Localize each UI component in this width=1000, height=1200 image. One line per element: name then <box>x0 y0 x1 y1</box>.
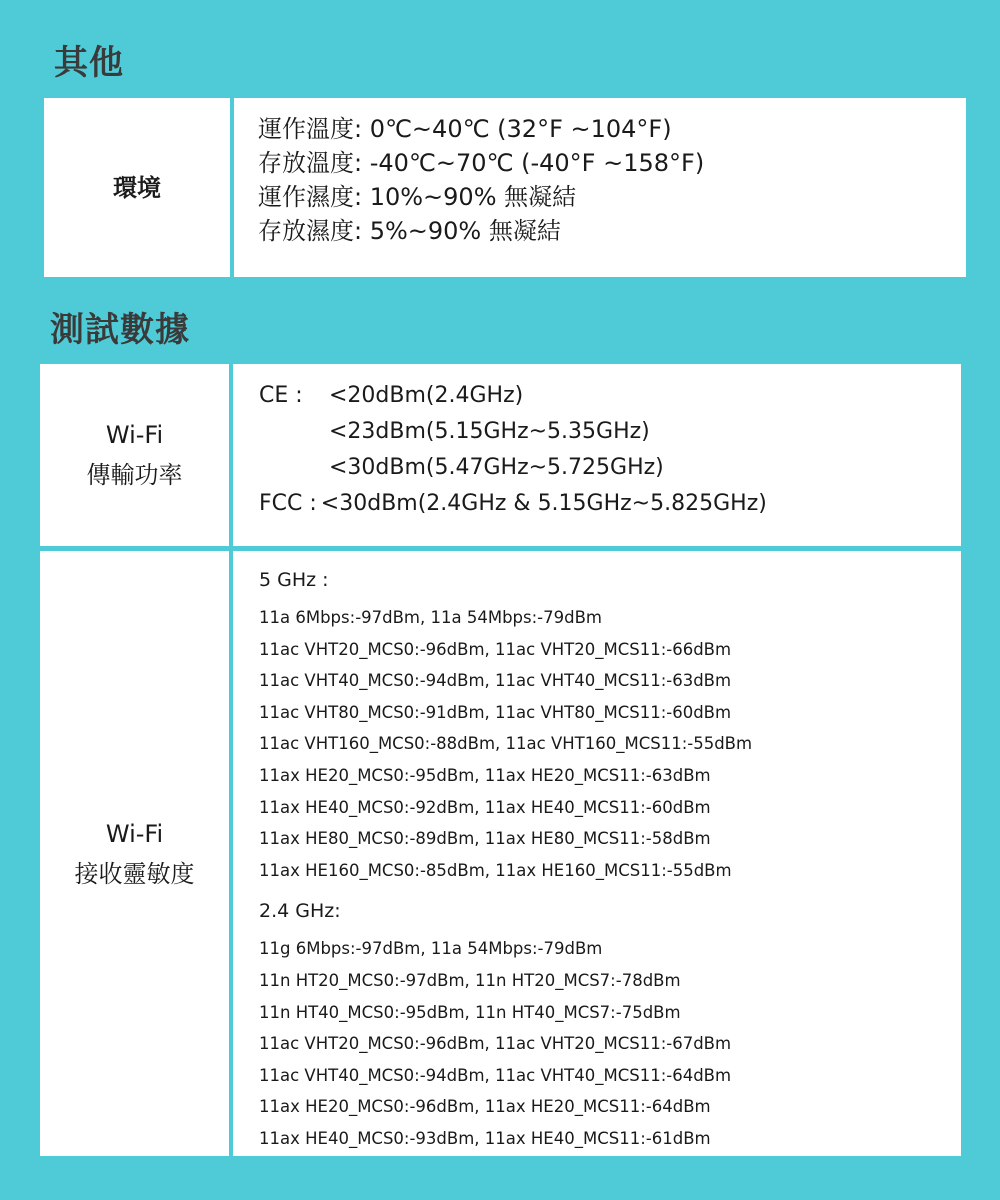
band-2-4ghz: 2.4 GHz: 11g 6Mbps:-97dBm, 11a 54Mbps:-7… <box>259 900 961 1154</box>
tx-power-value: <20dBm(2.4GHz) <box>329 383 523 408</box>
environment-value-cell: 運作溫度: 0℃~40℃ (32°F ~104°F) 存放溫度: -40℃~70… <box>234 98 966 277</box>
tx-power-line: <30dBm(5.47GHz~5.725GHz) <box>259 450 961 486</box>
tx-power-value: <23dBm(5.15GHz~5.35GHz) <box>329 419 650 444</box>
band-heading: 5 GHz : <box>259 569 961 591</box>
sensitivity-line: 11g 6Mbps:-97dBm, 11a 54Mbps:-79dBm <box>259 933 961 965</box>
sensitivity-line: 11ac VHT80_MCS0:-91dBm, 11ac VHT80_MCS11… <box>259 697 961 729</box>
tx-power-line: CE :<20dBm(2.4GHz) <box>259 378 961 414</box>
environment-table: 環境 運作溫度: 0℃~40℃ (32°F ~104°F) 存放溫度: -40℃… <box>44 98 966 277</box>
storage-humidity: 存放濕度: 5%~90% 無凝結 <box>258 214 966 248</box>
band-5ghz: 5 GHz : 11a 6Mbps:-97dBm, 11a 54Mbps:-79… <box>259 569 961 886</box>
sensitivity-line: 11ax HE160_MCS0:-85dBm, 11ax HE160_MCS11… <box>259 855 961 887</box>
sensitivity-line: 11ac VHT160_MCS0:-88dBm, 11ac VHT160_MCS… <box>259 728 961 760</box>
sensitivity-line: 11n HT20_MCS0:-97dBm, 11n HT20_MCS7:-78d… <box>259 965 961 997</box>
environment-label-cell: 環境 <box>44 98 230 277</box>
section-title-other: 其他 <box>54 46 124 80</box>
operating-temperature: 運作溫度: 0℃~40℃ (32°F ~104°F) <box>258 112 966 146</box>
sensitivity-line: 11n HT40_MCS0:-95dBm, 11n HT40_MCS7:-75d… <box>259 997 961 1029</box>
test-data-table: Wi-Fi 傳輸功率 CE :<20dBm(2.4GHz) <23dBm(5.1… <box>40 364 961 1156</box>
sensitivity-line: 11ac VHT20_MCS0:-96dBm, 11ac VHT20_MCS11… <box>259 634 961 666</box>
sensitivity-line: 11ax HE80_MCS0:-89dBm, 11ax HE80_MCS11:-… <box>259 823 961 855</box>
tx-power-value-cell: CE :<20dBm(2.4GHz) <23dBm(5.15GHz~5.35GH… <box>233 364 961 546</box>
storage-temperature: 存放溫度: -40℃~70℃ (-40°F ~158°F) <box>258 146 966 180</box>
rx-sensitivity-label-line2: 接收靈敏度 <box>75 854 195 894</box>
rx-sensitivity-label-line1: Wi-Fi <box>106 814 163 854</box>
tx-power-value: <30dBm(2.4GHz & 5.15GHz~5.825GHz) <box>321 491 767 516</box>
tx-power-line: FCC :<30dBm(2.4GHz & 5.15GHz~5.825GHz) <box>259 486 961 522</box>
tx-power-label-line2: 傳輸功率 <box>87 455 183 495</box>
sensitivity-line: 11ac VHT20_MCS0:-96dBm, 11ac VHT20_MCS11… <box>259 1028 961 1060</box>
tx-power-line: <23dBm(5.15GHz~5.35GHz) <box>259 414 961 450</box>
rx-sensitivity-value-cell: 5 GHz : 11a 6Mbps:-97dBm, 11a 54Mbps:-79… <box>233 551 961 1156</box>
band-heading: 2.4 GHz: <box>259 900 961 922</box>
tx-power-label-cell: Wi-Fi 傳輸功率 <box>40 364 229 546</box>
operating-humidity: 運作濕度: 10%~90% 無凝結 <box>258 180 966 214</box>
sensitivity-line: 11ac VHT40_MCS0:-94dBm, 11ac VHT40_MCS11… <box>259 665 961 697</box>
rx-sensitivity-label-cell: Wi-Fi 接收靈敏度 <box>40 551 229 1156</box>
section-title-test-data: 測試數據 <box>50 313 190 347</box>
sensitivity-line: 11a 6Mbps:-97dBm, 11a 54Mbps:-79dBm <box>259 602 961 634</box>
sensitivity-line: 11ax HE20_MCS0:-95dBm, 11ax HE20_MCS11:-… <box>259 760 961 792</box>
tx-power-key: CE : <box>259 378 329 414</box>
sensitivity-line: 11ax HE40_MCS0:-92dBm, 11ax HE40_MCS11:-… <box>259 792 961 824</box>
sensitivity-line: 11ax HE40_MCS0:-93dBm, 11ax HE40_MCS11:-… <box>259 1123 961 1155</box>
tx-power-value: <30dBm(5.47GHz~5.725GHz) <box>329 455 664 480</box>
tx-power-label-line1: Wi-Fi <box>106 415 163 455</box>
tx-power-key: FCC : <box>259 486 317 522</box>
sensitivity-line: 11ac VHT40_MCS0:-94dBm, 11ac VHT40_MCS11… <box>259 1060 961 1092</box>
environment-label: 環境 <box>113 168 161 208</box>
sensitivity-line: 11ax HE20_MCS0:-96dBm, 11ax HE20_MCS11:-… <box>259 1091 961 1123</box>
